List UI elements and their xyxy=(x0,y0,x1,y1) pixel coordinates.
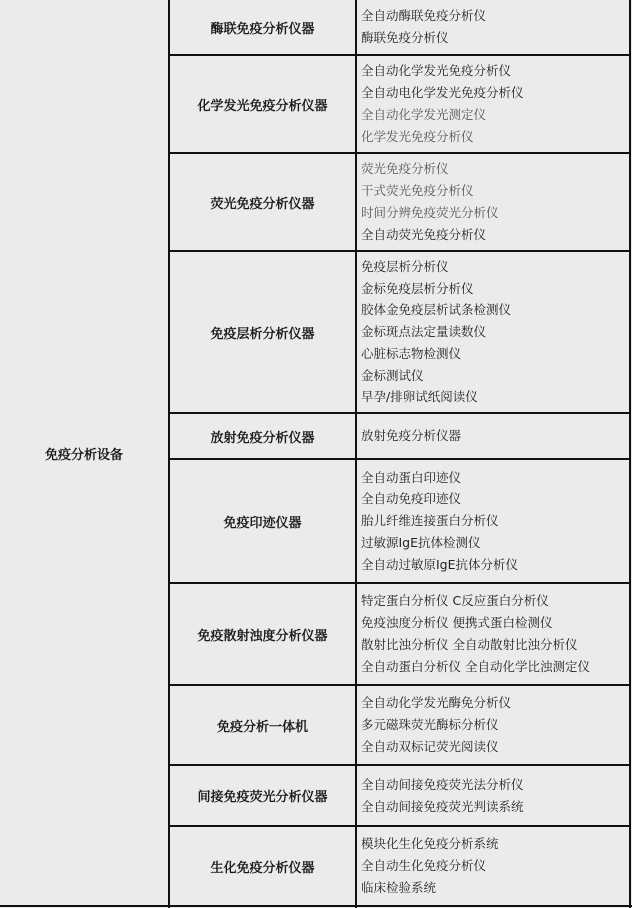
subcategory-label: 荧光免疫分析仪器 xyxy=(210,193,314,212)
instrument-item: 干式荧光免疫分析仪 xyxy=(361,180,631,202)
instrument-item: 胶体金免疫层析试条检测仪 xyxy=(361,299,631,321)
subcategory-cell: 免疫层析分析仪器 xyxy=(170,252,355,412)
instrument-item: 全自动间接免疫荧光法分析仪 xyxy=(361,774,631,796)
instrument-list: 全自动化学发光免疫分析仪 全自动电化学发光免疫分析仪 全自动化学发光测定仪 化学… xyxy=(361,56,631,152)
instrument-item: 酶联免疫分析仪 xyxy=(361,27,631,49)
instrument-item: 全自动酶联免疫分析仪 xyxy=(361,5,631,27)
subcategory-cell: 免疫印迹仪器 xyxy=(170,460,355,582)
instrument-item: 临床检验系统 xyxy=(361,877,631,899)
instrument-item: 模块化生化免疫分析系统 xyxy=(361,833,631,855)
subcategory-cell: 免疫分析一体机 xyxy=(170,686,355,764)
table-row: 生化免疫分析仪器 模块化生化免疫分析系统 全自动生化免疫分析仪 临床检验系统 xyxy=(168,827,631,905)
subcategory-label: 免疫散射浊度分析仪器 xyxy=(197,625,327,644)
category-cell: 免疫分析设备 xyxy=(0,0,168,906)
table-row: 荧光免疫分析仪器 荧光免疫分析仪 干式荧光免疫分析仪 时间分辨免疫荧光分析仪 全… xyxy=(168,154,631,252)
instrument-item: 化学发光免疫分析仪 xyxy=(361,126,631,148)
subcategory-label: 酶联免疫分析仪器 xyxy=(210,18,314,37)
instrument-item: 免疫浊度分析仪 便携式蛋白检测仪 xyxy=(361,612,631,634)
instrument-item: 免疫层析分析仪 xyxy=(361,256,631,278)
instrument-item: 全自动蛋白分析仪 全自动化学比浊测定仪 xyxy=(361,656,631,678)
instrument-item: 过敏源IgE抗体检测仪 xyxy=(361,532,631,554)
subcategory-cell: 酶联免疫分析仪器 xyxy=(170,0,355,54)
instrument-item: 散射比浊分析仪 全自动散射比浊分析仪 xyxy=(361,634,631,656)
subcategory-cell: 放射免疫分析仪器 xyxy=(170,414,355,458)
instrument-list: 全自动化学发光酶免分析仪 多元磁珠荧光酶标分析仪 全自动双标记荧光阅读仪 xyxy=(361,686,631,764)
instrument-item: 全自动化学发光测定仪 xyxy=(361,104,631,126)
table-row: 化学发光免疫分析仪器 全自动化学发光免疫分析仪 全自动电化学发光免疫分析仪 全自… xyxy=(168,56,631,154)
instrument-item: 放射免疫分析仪器 xyxy=(361,425,631,447)
instrument-item: 全自动免疫印迹仪 xyxy=(361,488,631,510)
instrument-list: 全自动间接免疫荧光法分析仪 全自动间接免疫荧光判读系统 xyxy=(361,766,631,825)
instrument-item: 心脏标志物检测仪 xyxy=(361,343,631,365)
instrument-item: 全自动化学发光免疫分析仪 xyxy=(361,60,631,82)
table-row: 免疫层析分析仪器 免疫层析分析仪 金标免疫层析分析仪 胶体金免疫层析试条检测仪 … xyxy=(168,252,631,414)
subcategory-cell: 生化免疫分析仪器 xyxy=(170,827,355,905)
subcategory-label: 免疫分析一体机 xyxy=(217,716,308,735)
instrument-item: 全自动过敏原IgE抗体分析仪 xyxy=(361,554,631,576)
instrument-item: 全自动生化免疫分析仪 xyxy=(361,855,631,877)
subcategory-label: 生化免疫分析仪器 xyxy=(210,857,314,876)
instrument-item: 荧光免疫分析仪 xyxy=(361,158,631,180)
table-bottom-border xyxy=(0,905,632,907)
category-label: 免疫分析设备 xyxy=(45,444,123,463)
instrument-list: 荧光免疫分析仪 干式荧光免疫分析仪 时间分辨免疫荧光分析仪 全自动荧光免疫分析仪 xyxy=(361,154,631,250)
subcategory-cell: 荧光免疫分析仪器 xyxy=(170,154,355,250)
instrument-item: 全自动电化学发光免疫分析仪 xyxy=(361,82,631,104)
table-row: 酶联免疫分析仪器 全自动酶联免疫分析仪 酶联免疫分析仪 xyxy=(168,0,631,56)
instrument-list: 全自动蛋白印迹仪 全自动免疫印迹仪 胎儿纤维连接蛋白分析仪 过敏源IgE抗体检测… xyxy=(361,460,631,582)
instrument-list: 放射免疫分析仪器 xyxy=(361,414,631,458)
subcategory-label: 免疫层析分析仪器 xyxy=(210,323,314,342)
subcategory-label: 化学发光免疫分析仪器 xyxy=(197,95,327,114)
instrument-item: 全自动双标记荧光阅读仪 xyxy=(361,736,631,758)
table-row: 免疫散射浊度分析仪器 特定蛋白分析仪 C反应蛋白分析仪 免疫浊度分析仪 便携式蛋… xyxy=(168,584,631,686)
instrument-item: 金标斑点法定量读数仪 xyxy=(361,321,631,343)
instrument-item: 全自动蛋白印迹仪 xyxy=(361,467,631,489)
table-row: 间接免疫荧光分析仪器 全自动间接免疫荧光法分析仪 全自动间接免疫荧光判读系统 xyxy=(168,766,631,827)
instrument-item: 全自动化学发光酶免分析仪 xyxy=(361,692,631,714)
instrument-item: 特定蛋白分析仪 C反应蛋白分析仪 xyxy=(361,590,631,612)
instrument-list: 免疫层析分析仪 金标免疫层析分析仪 胶体金免疫层析试条检测仪 金标斑点法定量读数… xyxy=(361,252,631,412)
instrument-list: 全自动酶联免疫分析仪 酶联免疫分析仪 xyxy=(361,0,631,54)
subcategory-label: 间接免疫荧光分析仪器 xyxy=(197,786,327,805)
subcategory-cell: 免疫散射浊度分析仪器 xyxy=(170,584,355,684)
instrument-item: 全自动荧光免疫分析仪 xyxy=(361,224,631,246)
subcategory-label: 免疫印迹仪器 xyxy=(223,512,301,531)
subcategory-cell: 化学发光免疫分析仪器 xyxy=(170,56,355,152)
instrument-item: 金标测试仪 xyxy=(361,365,631,387)
instrument-list: 模块化生化免疫分析系统 全自动生化免疫分析仪 临床检验系统 xyxy=(361,827,631,905)
instrument-item: 多元磁珠荧光酶标分析仪 xyxy=(361,714,631,736)
table-row: 放射免疫分析仪器 放射免疫分析仪器 xyxy=(168,414,631,460)
table-row: 免疫印迹仪器 全自动蛋白印迹仪 全自动免疫印迹仪 胎儿纤维连接蛋白分析仪 过敏源… xyxy=(168,460,631,584)
subcategory-label: 放射免疫分析仪器 xyxy=(210,427,314,446)
table-row: 免疫分析一体机 全自动化学发光酶免分析仪 多元磁珠荧光酶标分析仪 全自动双标记荧… xyxy=(168,686,631,766)
instrument-item: 早孕/排卵试纸阅读仪 xyxy=(361,386,631,408)
instrument-item: 胎儿纤维连接蛋白分析仪 xyxy=(361,510,631,532)
instrument-list: 特定蛋白分析仪 C反应蛋白分析仪 免疫浊度分析仪 便携式蛋白检测仪 散射比浊分析… xyxy=(361,584,631,684)
instrument-item: 时间分辨免疫荧光分析仪 xyxy=(361,202,631,224)
instrument-item: 金标免疫层析分析仪 xyxy=(361,278,631,300)
subcategory-cell: 间接免疫荧光分析仪器 xyxy=(170,766,355,825)
instrument-item: 全自动间接免疫荧光判读系统 xyxy=(361,796,631,818)
